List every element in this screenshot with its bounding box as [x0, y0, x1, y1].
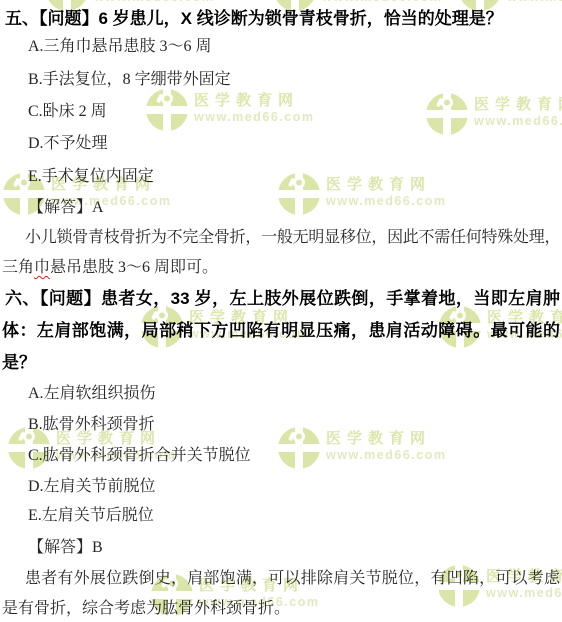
- watermark-text: 医学教育网 www.med66.com: [507, 0, 562, 5]
- watermark: 医学教育网 www.med66.com: [277, 426, 446, 470]
- watermark-text: 医学教育网 www.med66.com: [326, 172, 446, 209]
- q6-option-d: D.左肩关节前脱位: [28, 476, 156, 498]
- q5-answer: 【解答】A: [28, 197, 104, 219]
- watermark-url: www.med66.com: [326, 194, 446, 209]
- watermark: 医学教育网 www.med66.com: [425, 92, 562, 136]
- q5-option-e: E.手术复位内固定: [28, 166, 154, 188]
- exam-document-page: { "watermark": { "brand": "医学教育网", "url"…: [0, 0, 562, 622]
- watermark-brand: 医学教育网: [474, 96, 562, 113]
- watermark-url: www.med66.com: [194, 110, 314, 125]
- q6-header-line3: 是？: [2, 352, 36, 374]
- q6-option-e: E.左肩关节后脱位: [28, 505, 154, 527]
- watermark-url: www.med66.com: [322, 0, 442, 5]
- q6-header-line2: 体：左肩部饱满，局部稍下方凹陷有明显压痛，患肩活动障碍。最可能的诊断: [2, 320, 560, 342]
- watermark-url: www.med66.com: [507, 0, 562, 5]
- q5-explanation-line1: 小儿锁骨青枝骨折为不完全骨折，一般无明显移位，因此不需任何特殊处理，: [25, 227, 560, 249]
- watermark-brand: 医学教育网: [326, 430, 446, 447]
- q6-header-line1: 六、【问题】患者女，33 岁，左上肢外展位跌倒，手掌着地，当即左肩肿痛。查: [5, 288, 560, 310]
- watermark-url: www.med66.com: [326, 448, 446, 463]
- watermark-brand: 医学教育网: [194, 92, 314, 109]
- q6-explanation-line2: 是有骨折，综合考虑为肱骨外科颈骨折。: [2, 598, 290, 620]
- med66-logo-icon: [425, 92, 469, 136]
- q5-explanation-line2: 三角巾悬吊患肢 3～6 周即可。: [2, 257, 218, 279]
- watermark-url: www.med66.com: [94, 0, 214, 5]
- watermark-text: 医学教育网 www.med66.com: [474, 92, 562, 129]
- med66-logo-icon: [145, 88, 189, 132]
- watermark: 医学教育网 www.med66.com: [277, 172, 446, 216]
- watermark-text: 医学教育网 www.med66.com: [194, 88, 314, 125]
- watermark-brand: 医学教育网: [326, 176, 446, 193]
- q5-explanation-part: 三角: [2, 259, 34, 276]
- q5-explanation-part: 悬吊患肢 3～6 周即可。: [50, 259, 218, 276]
- q5-header: 五、【问题】6 岁患儿，X 线诊断为锁骨青枝骨折，恰当的处理是？: [5, 8, 503, 30]
- spellcheck-squiggle-text: 巾: [34, 259, 50, 276]
- med66-logo-icon: [277, 426, 321, 470]
- q5-option-c: C.卧床 2 周: [28, 101, 107, 123]
- med66-logo-icon: [277, 172, 321, 216]
- q6-answer: 【解答】B: [28, 537, 103, 559]
- q6-option-c: C.肱骨外科颈骨折合并关节脱位: [28, 445, 251, 467]
- watermark-text: 医学教育网 www.med66.com: [326, 426, 446, 463]
- q6-option-b: B.肱骨外科颈骨折: [28, 414, 155, 436]
- q6-explanation-line1: 患者有外展位跌倒史，肩部饱满，可以排除肩关节脱位，有凹陷，可以考虑: [25, 568, 560, 590]
- watermark-url: www.med66.com: [474, 114, 562, 129]
- q5-option-b: B.手法复位，8 字绷带外固定: [28, 69, 231, 91]
- q6-option-a: A.左肩软组织损伤: [28, 383, 156, 405]
- watermark-text: 医学教育网 www.med66.com: [322, 0, 442, 5]
- watermark: 医学教育网 www.med66.com: [145, 88, 314, 132]
- watermark-text: 医学教育网 www.med66.com: [94, 0, 214, 5]
- q5-option-d: D.不予处理: [28, 133, 108, 155]
- q5-option-a: A.三角巾悬吊患肢 3～6 周: [28, 36, 212, 58]
